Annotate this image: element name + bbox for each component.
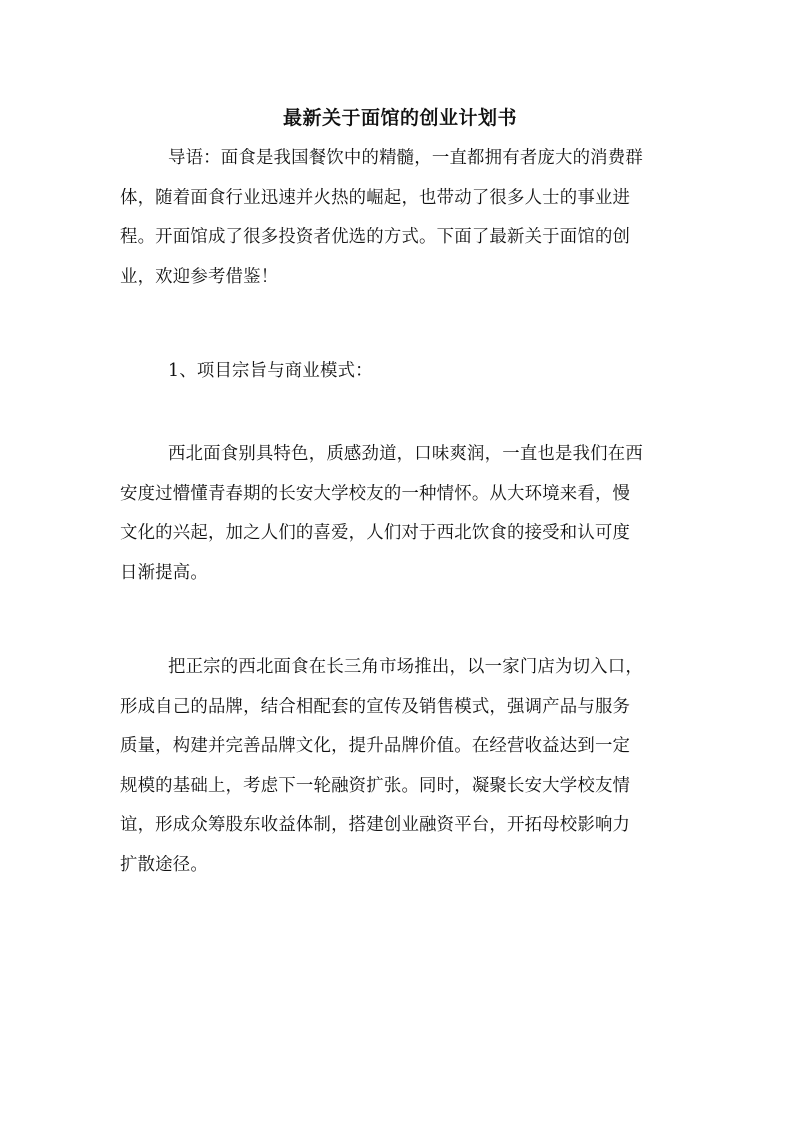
text-line: 1、项目宗旨与商业模式：: [120, 352, 686, 392]
document-title: 最新关于面馆的创业计划书: [0, 104, 800, 132]
text-line: 扩散途径。: [120, 846, 686, 886]
text-line: 文化的兴起，加之人们的喜爱，人们对于西北饮食的接受和认可度: [120, 514, 686, 554]
document-page: 最新关于面馆的创业计划书 导语：面食是我国餐饮中的精髓，一直都拥有者庞大的消费群…: [0, 0, 800, 1132]
text-line: 西北面食别具特色，质感劲道，口味爽润，一直也是我们在西: [120, 435, 686, 475]
body-paragraph: 把正宗的西北面食在长三角市场推出，以一家门店为切入口， 形成自己的品牌，结合相配…: [120, 648, 686, 885]
text-line: 形成自己的品牌，结合相配套的宣传及销售模式，强调产品与服务: [120, 688, 686, 728]
body-paragraph: 西北面食别具特色，质感劲道，口味爽润，一直也是我们在西 安度过懵懂青春期的长安大…: [120, 435, 686, 593]
section-heading: 1、项目宗旨与商业模式：: [120, 352, 686, 392]
text-line: 日渐提高。: [120, 554, 686, 594]
text-line: 导语：面食是我国餐饮中的精髓，一直都拥有者庞大的消费群: [120, 139, 686, 179]
text-line: 业，欢迎参考借鉴！: [120, 258, 686, 298]
text-line: 把正宗的西北面食在长三角市场推出，以一家门店为切入口，: [120, 648, 686, 688]
text-line: 程。开面馆成了很多投资者优选的方式。下面了最新关于面馆的创: [120, 218, 686, 258]
text-line: 质量，构建并完善品牌文化，提升品牌价值。在经营收益达到一定: [120, 727, 686, 767]
intro-paragraph: 导语：面食是我国餐饮中的精髓，一直都拥有者庞大的消费群 体，随着面食行业迅速并火…: [120, 139, 686, 297]
text-line: 体，随着面食行业迅速并火热的崛起，也带动了很多人士的事业进: [120, 179, 686, 219]
text-line: 规模的基础上，考虑下一轮融资扩张。同时，凝聚长安大学校友情: [120, 767, 686, 807]
text-line: 安度过懵懂青春期的长安大学校友的一种情怀。从大环境来看，慢: [120, 475, 686, 515]
text-line: 谊，形成众筹股东收益体制，搭建创业融资平台，开拓母校影响力: [120, 806, 686, 846]
